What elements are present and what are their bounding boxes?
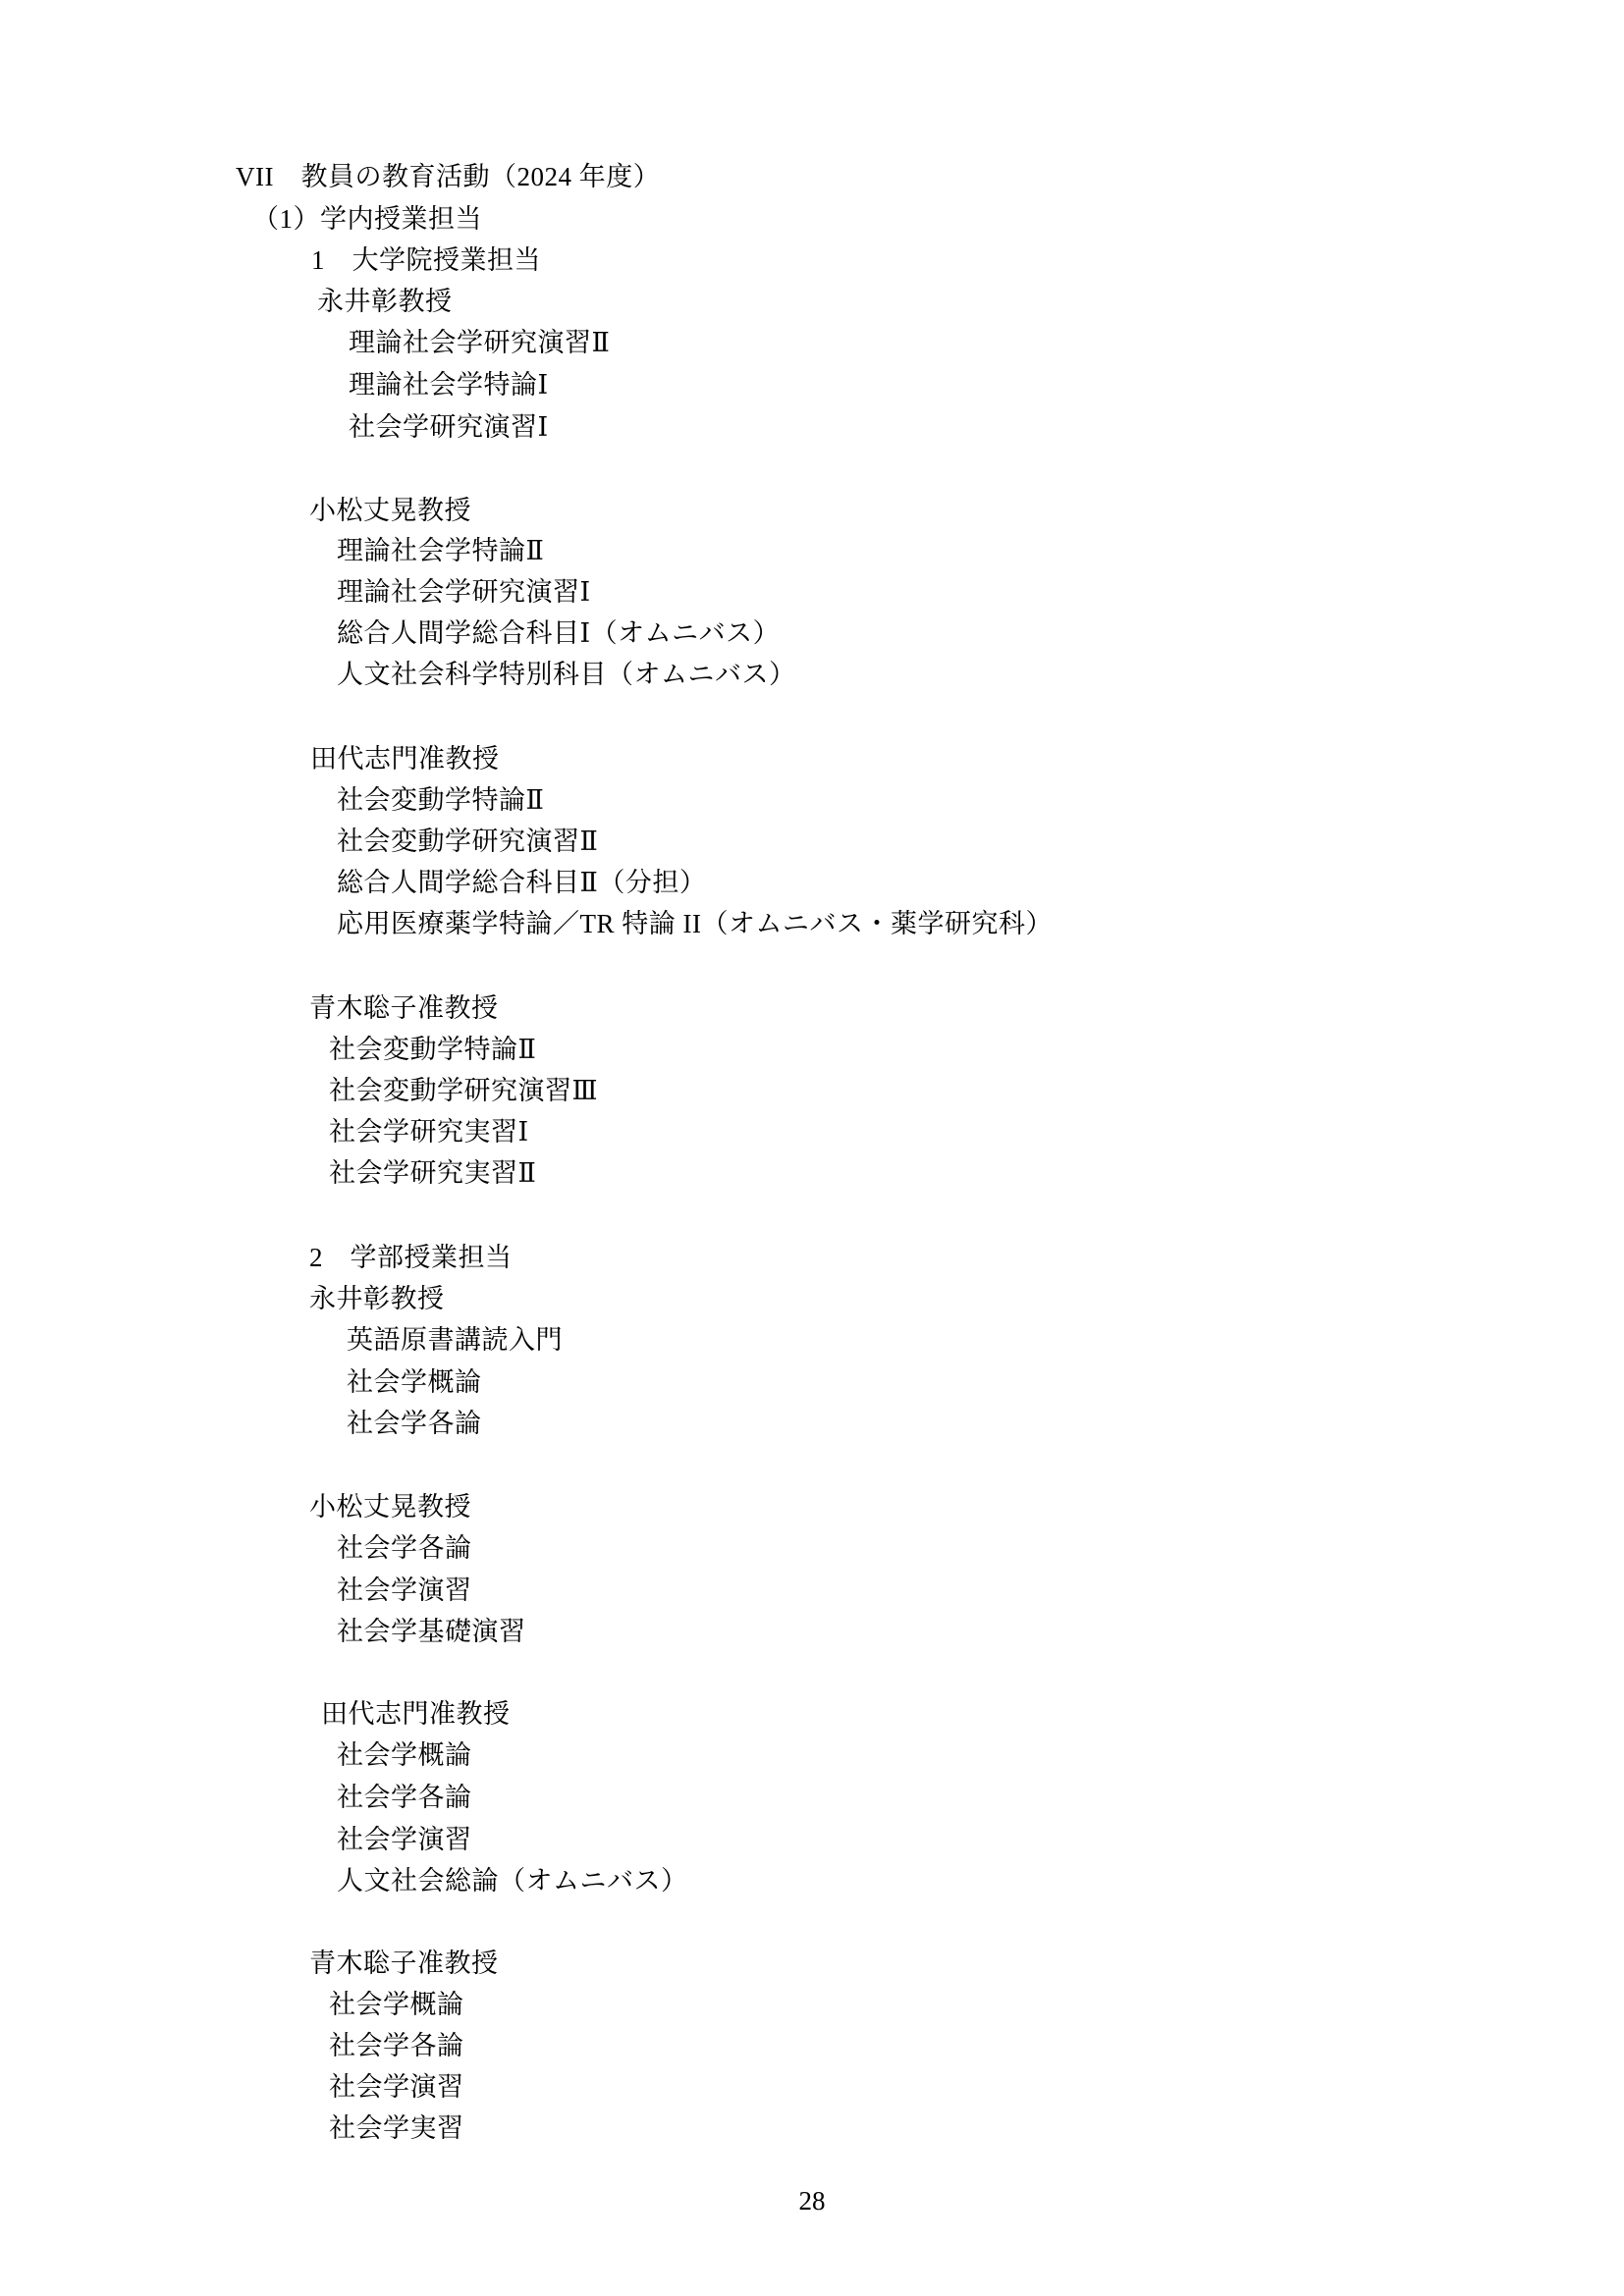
course-item: 社会変動学特論Ⅱ: [329, 1029, 536, 1070]
course-item: 社会学概論: [347, 1362, 482, 1403]
faculty-name: 永井彰教授: [317, 281, 453, 322]
course-item: 社会学演習: [329, 2066, 464, 2108]
course-item: 人文社会科学特別科目（オムニバス）: [337, 654, 796, 695]
faculty-name: 青木聡子准教授: [309, 1943, 499, 1984]
chapter-heading: VII 教員の教育活動（2024 年度）: [236, 156, 660, 197]
course-item: 応用医療薬学特論／TR 特論 II（オムニバス・薬学研究科）: [337, 903, 1053, 944]
page-number: 28: [0, 2186, 1624, 2216]
course-item: 社会学概論: [329, 1984, 464, 2025]
faculty-name: 小松丈晃教授: [309, 490, 471, 531]
document-page: VII 教員の教育活動（2024 年度） （1）学内授業担当 1 大学院授業担当…: [0, 0, 1624, 2296]
faculty-name: 永井彰教授: [309, 1278, 445, 1319]
subsection-heading: （1）学内授業担当: [252, 198, 482, 240]
course-item: 理論社会学研究演習Ⅱ: [349, 322, 610, 363]
course-item: 社会学各論: [337, 1777, 472, 1818]
course-item: 社会学基礎演習: [337, 1611, 526, 1652]
course-item: 人文社会総論（オムニバス）: [337, 1860, 688, 1901]
course-item: 理論社会学特論Ⅱ: [337, 530, 544, 571]
course-item: 社会学概論: [337, 1735, 472, 1776]
course-item: 社会学各論: [329, 2025, 464, 2066]
course-item: 社会学各論: [337, 1527, 472, 1569]
course-item: 社会変動学研究演習Ⅱ: [337, 821, 598, 862]
course-item: 社会学研究演習Ⅰ: [349, 406, 549, 448]
faculty-name: 田代志門准教授: [321, 1693, 511, 1735]
course-item: 社会変動学特論Ⅱ: [337, 779, 544, 821]
course-item: 総合人間学総合科目Ⅰ（オムニバス）: [337, 613, 780, 654]
course-item: 英語原書講読入門: [347, 1319, 563, 1361]
course-item: 理論社会学研究演習Ⅰ: [337, 571, 591, 613]
faculty-name: 田代志門准教授: [310, 738, 500, 779]
course-item: 理論社会学特論Ⅰ: [349, 364, 549, 405]
course-item: 社会学各論: [347, 1403, 482, 1444]
faculty-name: 青木聡子准教授: [309, 988, 499, 1029]
course-item: 社会学演習: [337, 1570, 472, 1611]
section-title-undergraduate: 2 学部授業担当: [309, 1237, 513, 1278]
course-item: 社会学研究実習Ⅱ: [329, 1152, 536, 1194]
course-item: 社会学研究実習Ⅰ: [329, 1111, 529, 1152]
section-title-graduate: 1 大学院授業担当: [311, 240, 541, 281]
course-item: 社会学演習: [337, 1819, 472, 1860]
course-item: 総合人間学総合科目Ⅱ（分担）: [337, 862, 706, 903]
course-item: 社会学実習: [329, 2108, 464, 2149]
faculty-name: 小松丈晃教授: [309, 1486, 471, 1527]
course-item: 社会変動学研究演習Ⅲ: [329, 1070, 598, 1111]
